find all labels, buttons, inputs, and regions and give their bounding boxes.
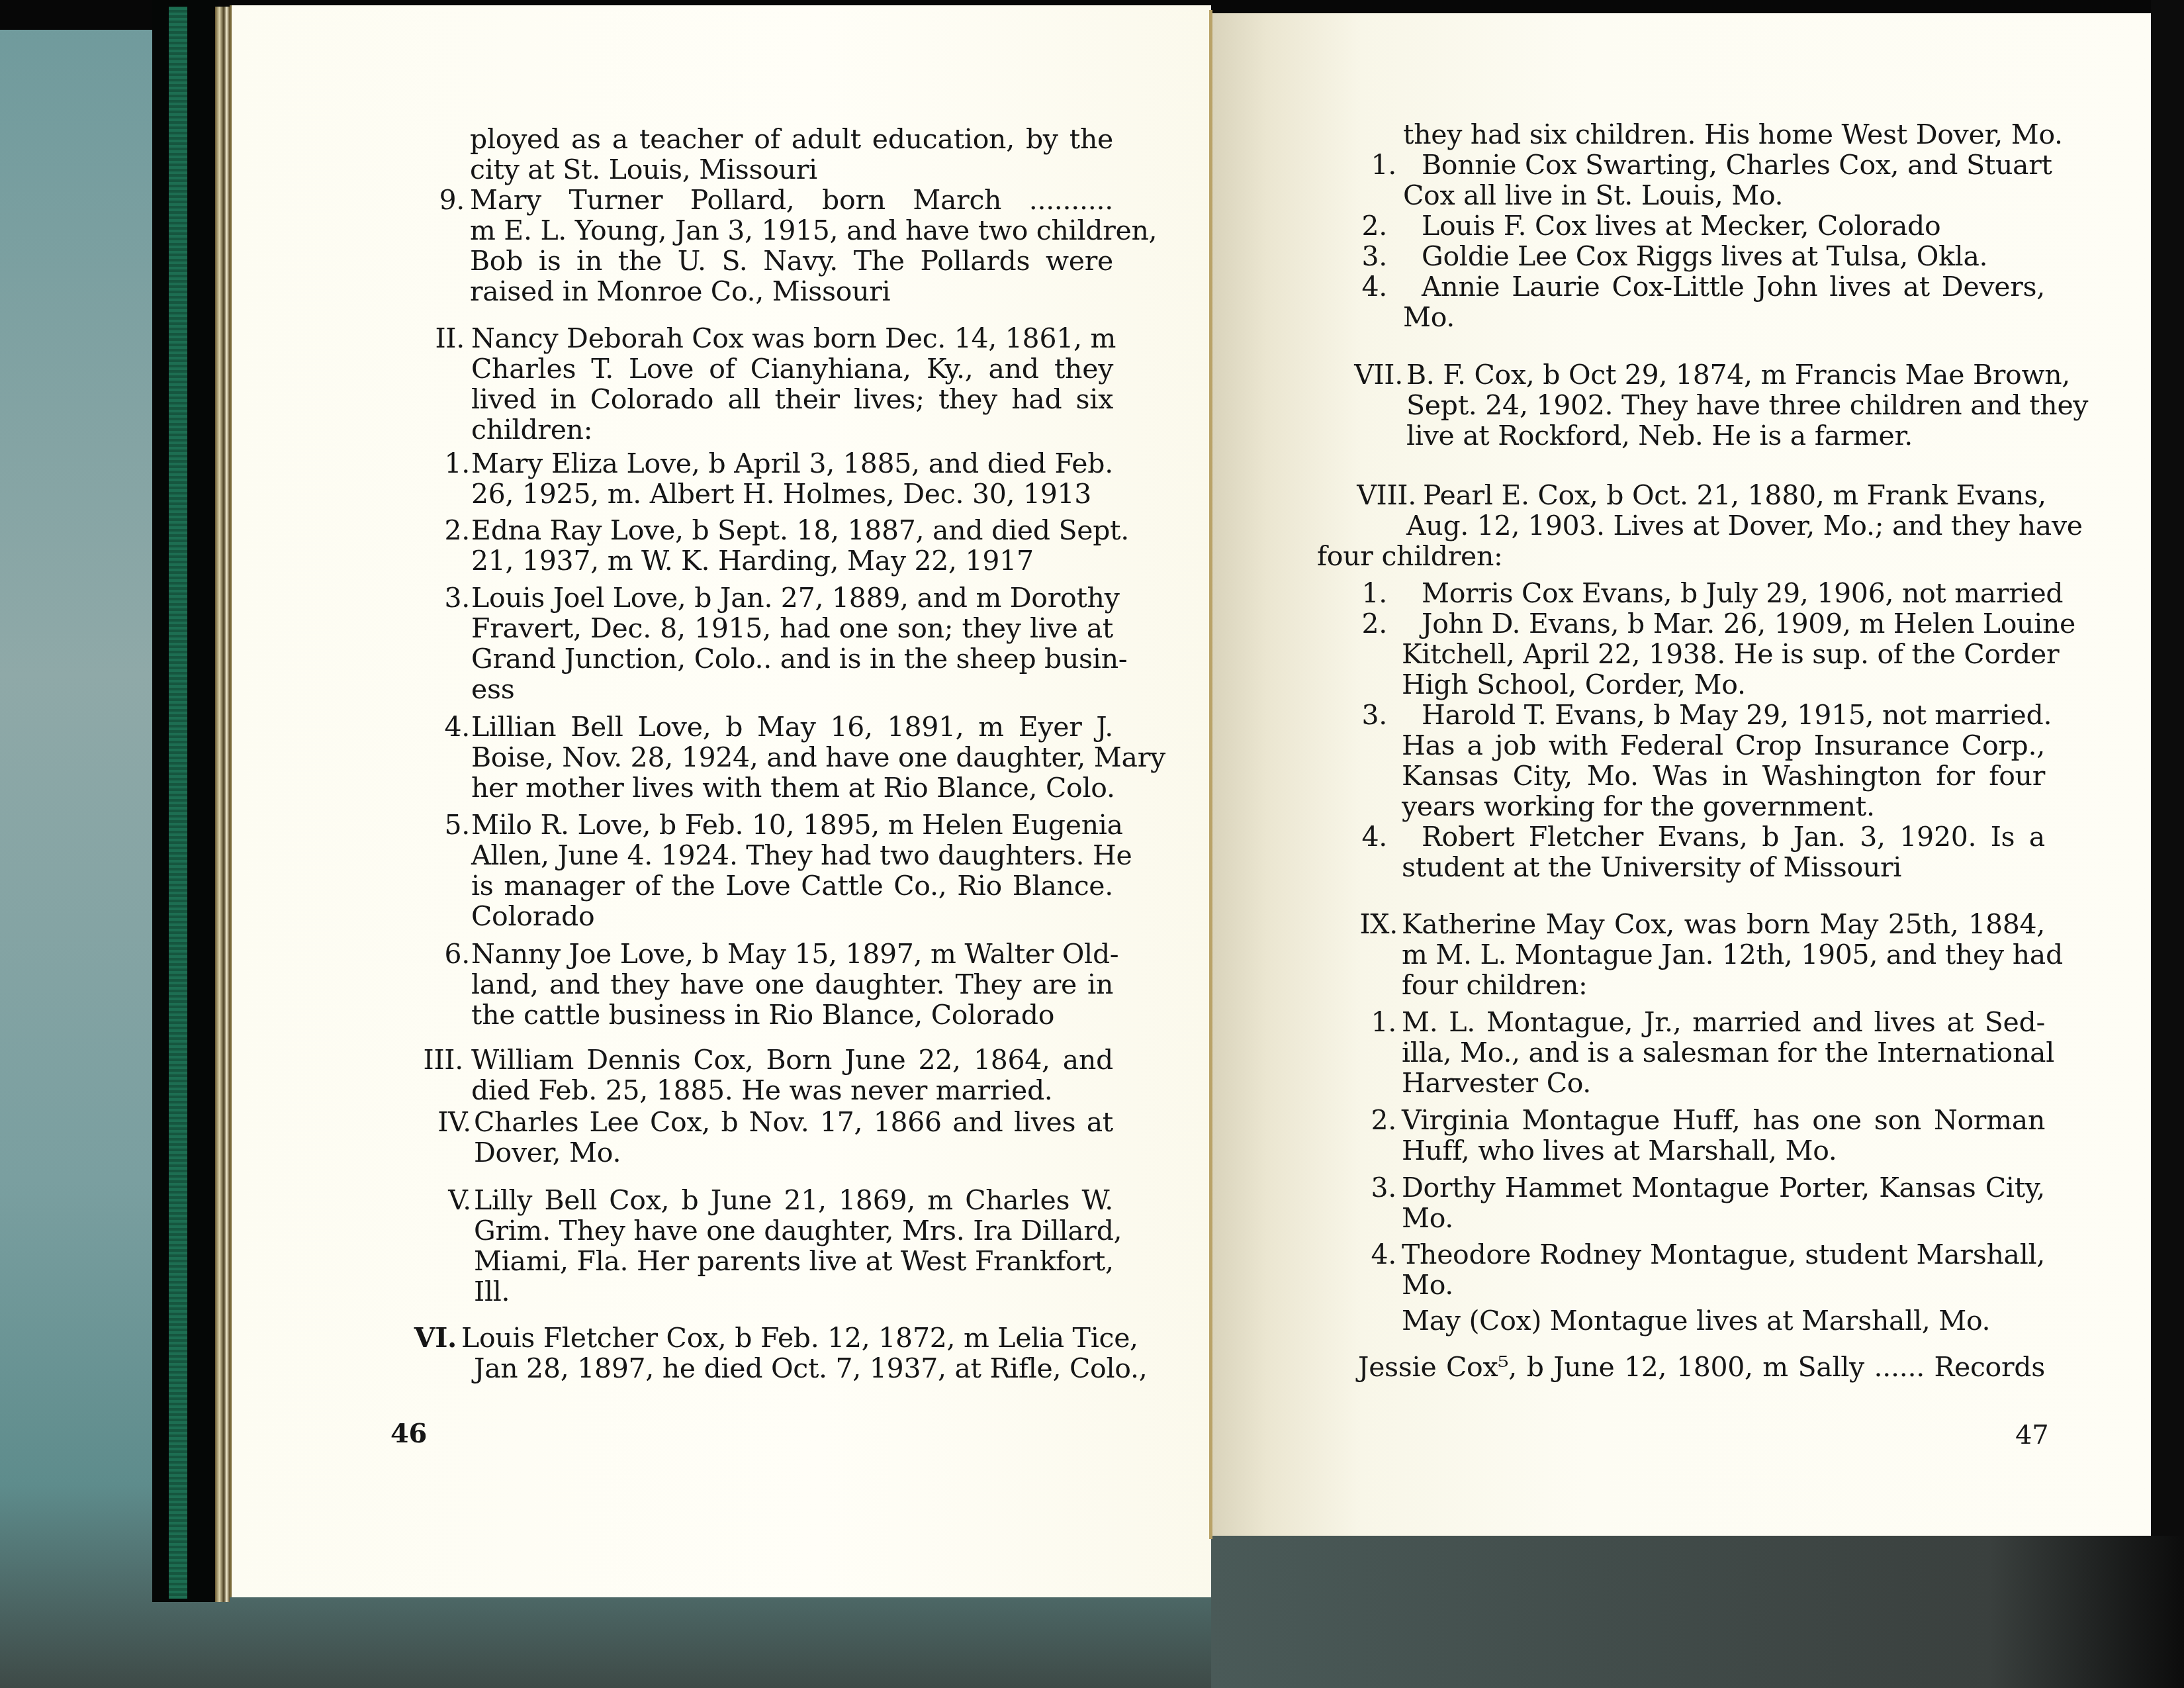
text-line: Lillian Bell Love, b May 16, 1891, m Eye… [471,712,1113,742]
text-line: Annie Laurie Cox-Little John lives at De… [1422,271,2045,302]
text-line: Pearl E. Cox, b Oct. 21, 1880, m Frank E… [1423,480,2045,510]
text-line: lived in Colorado all their lives; they … [471,384,1113,414]
entry-john-d-evans: John D. Evans, b Mar. 26, 1909, m Helen … [1402,608,2045,700]
entry-edna-ray-love: Edna Ray Love, b Sept. 18, 1887, and die… [471,515,1113,576]
text-line: B. F. Cox, b Oct 29, 1874, m Francis Mae… [1406,359,2045,390]
entry-marker: 1. [1363,150,1396,180]
text-line: Sept. 24, 1902. They have three children… [1406,390,2045,420]
text-line: Louis Fletcher Cox, b Feb. 12, 1872, m L… [461,1323,1113,1353]
text-line: Mary Eliza Love, b April 3, 1885, and di… [471,448,1113,479]
text-line: children: [471,414,1113,445]
entry-marker: 3. [1357,1172,1396,1203]
entry-marker: 4. [430,712,470,742]
text-line: Katherine May Cox, was born May 25th, 18… [1402,909,2045,939]
text-line: M. L. Montague, Jr., married and lives a… [1402,1007,2045,1037]
entry-marker: IX. [1337,909,1398,939]
text-line: m M. L. Montague Jan. 12th, 1905, and th… [1402,939,2045,970]
entry-m-l-montague-jr: M. L. Montague, Jr., married and lives a… [1402,1007,2045,1098]
text-line: Allen, June 4. 1924. They had two daught… [471,840,1113,870]
entry-marker: IV. [397,1107,471,1137]
text-line: Cox all live in St. Louis, Mo. [1403,180,2045,211]
text-line: the cattle business in Rio Blance, Color… [471,1000,1113,1030]
entry-marker: 2. [1350,211,1387,241]
scan-background-bottom [1211,1536,2184,1688]
text-line: years working for the government. [1402,791,2045,821]
text-line: Milo R. Love, b Feb. 10, 1895, m Helen E… [471,810,1113,840]
entry-pearl-e-cox: Pearl E. Cox, b Oct. 21, 1880, m Frank E… [1423,480,2045,571]
text-line: Lilly Bell Cox, b June 21, 1869, m Charl… [474,1185,1113,1215]
entry-b-f-cox: B. F. Cox, b Oct 29, 1874, m Francis Mae… [1406,359,2045,451]
text-line: live at Rockford, Neb. He is a farmer. [1406,420,2045,451]
entry-marker: 4. [1350,271,1387,302]
page-edges [215,7,230,1602]
entry-lilly-bell-cox: Lilly Bell Cox, b June 21, 1869, m Charl… [474,1185,1113,1307]
entry-may-cox-montague: May (Cox) Montague lives at Marshall, Mo… [1402,1305,2011,1336]
text-line: Kansas City, Mo. Was in Washington for f… [1402,761,2045,791]
text-line: Bob is in the U. S. Navy. The Pollards w… [470,246,1113,276]
text-line: Harold T. Evans, b May 29, 1915, not mar… [1422,700,2045,730]
text-line: Dorthy Hammet Montague Porter, Kansas Ci… [1402,1172,2045,1203]
text-line: Mary Turner Pollard, born March ........… [470,185,1113,215]
entry-marker: 1. [1357,1007,1396,1037]
text-line: Mo. [1402,1270,2045,1300]
text-line: her mother lives with them at Rio Blance… [471,773,1113,803]
text-line: 21, 1937, m W. K. Harding, May 22, 1917 [471,545,1113,576]
entry-robert-fletcher-evans: Robert Fletcher Evans, b Jan. 3, 1920. I… [1402,821,2045,882]
text-line: four children: [1402,970,2045,1000]
entry-marker: VIII. [1317,480,1416,510]
text-line: Jessie Cox⁵, b June 12, 1800, m Sally ..… [1358,1352,2045,1382]
entry-marker: II. [410,323,465,353]
entry-marker: 3. [1350,700,1387,730]
text-line: Kitchell, April 22, 1938. He is sup. of … [1402,639,2045,669]
text-line: Louis F. Cox lives at Mecker, Colorado [1422,211,2044,241]
book-spine-cloth [169,7,187,1599]
entry-marker: 9. [424,185,465,215]
entry-marker: 4. [1357,1239,1396,1270]
text-line: Nancy Deborah Cox was born Dec. 14, 1861… [471,323,1113,353]
entry-harold-t-evans: Harold T. Evans, b May 29, 1915, not mar… [1402,700,2045,821]
text-line: Mo. [1402,1203,2045,1233]
entry-louis-f-cox: Louis F. Cox lives at Mecker, Colorado [1422,211,2044,241]
text-line: Charles Lee Cox, b Nov. 17, 1866 and liv… [474,1107,1113,1137]
text-line: ess [471,674,1113,704]
text-line: Colorado [471,901,1113,931]
text-line: Virginia Montague Huff, has one son Norm… [1402,1105,2045,1135]
entry-marker: VI. [390,1323,457,1353]
entry-marker: 1. [430,448,470,479]
entry-annie-laurie-cox: Annie Laurie Cox-Little John lives at De… [1403,271,2045,332]
text-line: student at the University of Missouri [1402,852,2045,882]
entry-marker: 2. [1357,1105,1396,1135]
page-number-right: 47 [2015,1420,2048,1450]
text-line: raised in Monroe Co., Missouri [470,276,1113,306]
text-line: four children: [1317,541,2045,571]
entry-louis-fletcher-cox: Louis Fletcher Cox, b Feb. 12, 1872, m L… [461,1323,1113,1383]
entry-marker: 2. [430,515,470,545]
entry-marker: 2. [1350,608,1387,639]
entry-william-dennis-cox: William Dennis Cox, Born June 22, 1864, … [471,1045,1113,1105]
entry-continuation: ployed as a teacher of adult education, … [470,124,1113,185]
text-line: High School, Corder, Mo. [1402,669,2045,700]
entry-marker: VII. [1317,359,1403,390]
entry-mary-eliza-love: Mary Eliza Love, b April 3, 1885, and di… [471,448,1113,509]
text-line: John D. Evans, b Mar. 26, 1909, m Helen … [1422,608,2045,639]
entry-theodore-rodney-montague: Theodore Rodney Montague, student Marsha… [1402,1239,2045,1300]
entry-bonnie-cox-swarting: Bonnie Cox Swarting, Charles Cox, and St… [1403,150,2045,211]
text-line: Louis Joel Love, b Jan. 27, 1889, and m … [471,583,1113,613]
text-line: Miami, Fla. Her parents live at West Fra… [474,1246,1113,1276]
entry-dorthy-hammet-montague-porter: Dorthy Hammet Montague Porter, Kansas Ci… [1402,1172,2045,1233]
entry-nanny-joe-love: Nanny Joe Love, b May 15, 1897, m Walter… [471,939,1113,1030]
text-line: Grand Junction, Colo.. and is in the she… [471,643,1113,674]
text-line: Goldie Lee Cox Riggs lives at Tulsa, Okl… [1422,241,2044,271]
book-gutter [1209,10,1212,1539]
text-line: died Feb. 25, 1885. He was never married… [471,1075,1113,1105]
entry-marker: 4. [1350,821,1387,852]
entry-mary-turner-pollard: Mary Turner Pollard, born March ........… [470,185,1113,306]
text-line: Bonnie Cox Swarting, Charles Cox, and St… [1422,150,2045,180]
text-line: Boise, Nov. 28, 1924, and have one daugh… [471,742,1113,773]
entry-marker: III. [397,1045,463,1075]
text-line: Ill. [474,1276,1113,1307]
entry-morris-cox-evans: Morris Cox Evans, b July 29, 1906, not m… [1422,578,2045,608]
text-line: Mo. [1403,302,2045,332]
text-line: Nanny Joe Love, b May 15, 1897, m Walter… [471,939,1113,969]
page-number-left: 46 [390,1419,427,1449]
text-line: Robert Fletcher Evans, b Jan. 3, 1920. I… [1422,821,2045,852]
entry-louis-joel-love: Louis Joel Love, b Jan. 27, 1889, and m … [471,583,1113,704]
entry-katherine-may-cox: Katherine May Cox, was born May 25th, 18… [1402,909,2045,1000]
text-line: 26, 1925, m. Albert H. Holmes, Dec. 30, … [471,479,1113,509]
text-line: Harvester Co. [1402,1068,2045,1098]
text-line: Fravert, Dec. 8, 1915, had one son; they… [471,613,1113,643]
entry-charles-lee-cox: Charles Lee Cox, b Nov. 17, 1866 and liv… [474,1107,1113,1168]
text-line: Edna Ray Love, b Sept. 18, 1887, and die… [471,515,1113,545]
entry-marker: 3. [430,583,470,613]
text-line: William Dennis Cox, Born June 22, 1864, … [471,1045,1113,1075]
entry-marker: V. [397,1185,471,1215]
entry-lillian-bell-love: Lillian Bell Love, b May 16, 1891, m Eye… [471,712,1113,803]
text-line: city at St. Louis, Missouri [470,154,1113,185]
text-line: Grim. They have one daughter, Mrs. Ira D… [474,1215,1113,1246]
entry-jessie-cox: Jessie Cox⁵, b June 12, 1800, m Sally ..… [1358,1352,2045,1382]
text-line: Aug. 12, 1903. Lives at Dover, Mo.; and … [1406,510,2045,541]
text-line: Theodore Rodney Montague, student Marsha… [1402,1239,2045,1270]
text-line: Huff, who lives at Marshall, Mo. [1402,1135,2045,1166]
text-line: ployed as a teacher of adult education, … [470,124,1113,154]
text-line: is manager of the Love Cattle Co., Rio B… [471,870,1113,901]
text-line: they had six children. His home West Dov… [1403,119,2045,150]
entry-virginia-montague-huff: Virginia Montague Huff, has one son Norm… [1402,1105,2045,1166]
text-line: Jan 28, 1897, he died Oct. 7, 1937, at R… [474,1353,1113,1383]
scan-background-right [2151,0,2184,1688]
text-line: m E. L. Young, Jan 3, 1915, and have two… [470,215,1113,246]
entry-marker: 1. [1350,578,1387,608]
text-line: Morris Cox Evans, b July 29, 1906, not m… [1422,578,2045,608]
text-line: Has a job with Federal Crop Insurance Co… [1402,730,2045,761]
text-line: land, and they have one daughter. They a… [471,969,1113,1000]
entry-marker: 3. [1350,241,1387,271]
entry-marker: 6. [430,939,470,969]
entry-goldie-lee-cox-riggs: Goldie Lee Cox Riggs lives at Tulsa, Okl… [1422,241,2044,271]
entry-continuation: they had six children. His home West Dov… [1403,119,2045,150]
text-line: Dover, Mo. [474,1137,1113,1168]
text-line: Charles T. Love of Cianyhiana, Ky., and … [471,353,1113,384]
entry-milo-r-love: Milo R. Love, b Feb. 10, 1895, m Helen E… [471,810,1113,931]
entry-marker: 5. [430,810,470,840]
text-line: May (Cox) Montague lives at Marshall, Mo… [1402,1305,2011,1336]
entry-nancy-deborah-cox: Nancy Deborah Cox was born Dec. 14, 1861… [471,323,1113,445]
text-line: illa, Mo., and is a salesman for the Int… [1402,1037,2045,1068]
